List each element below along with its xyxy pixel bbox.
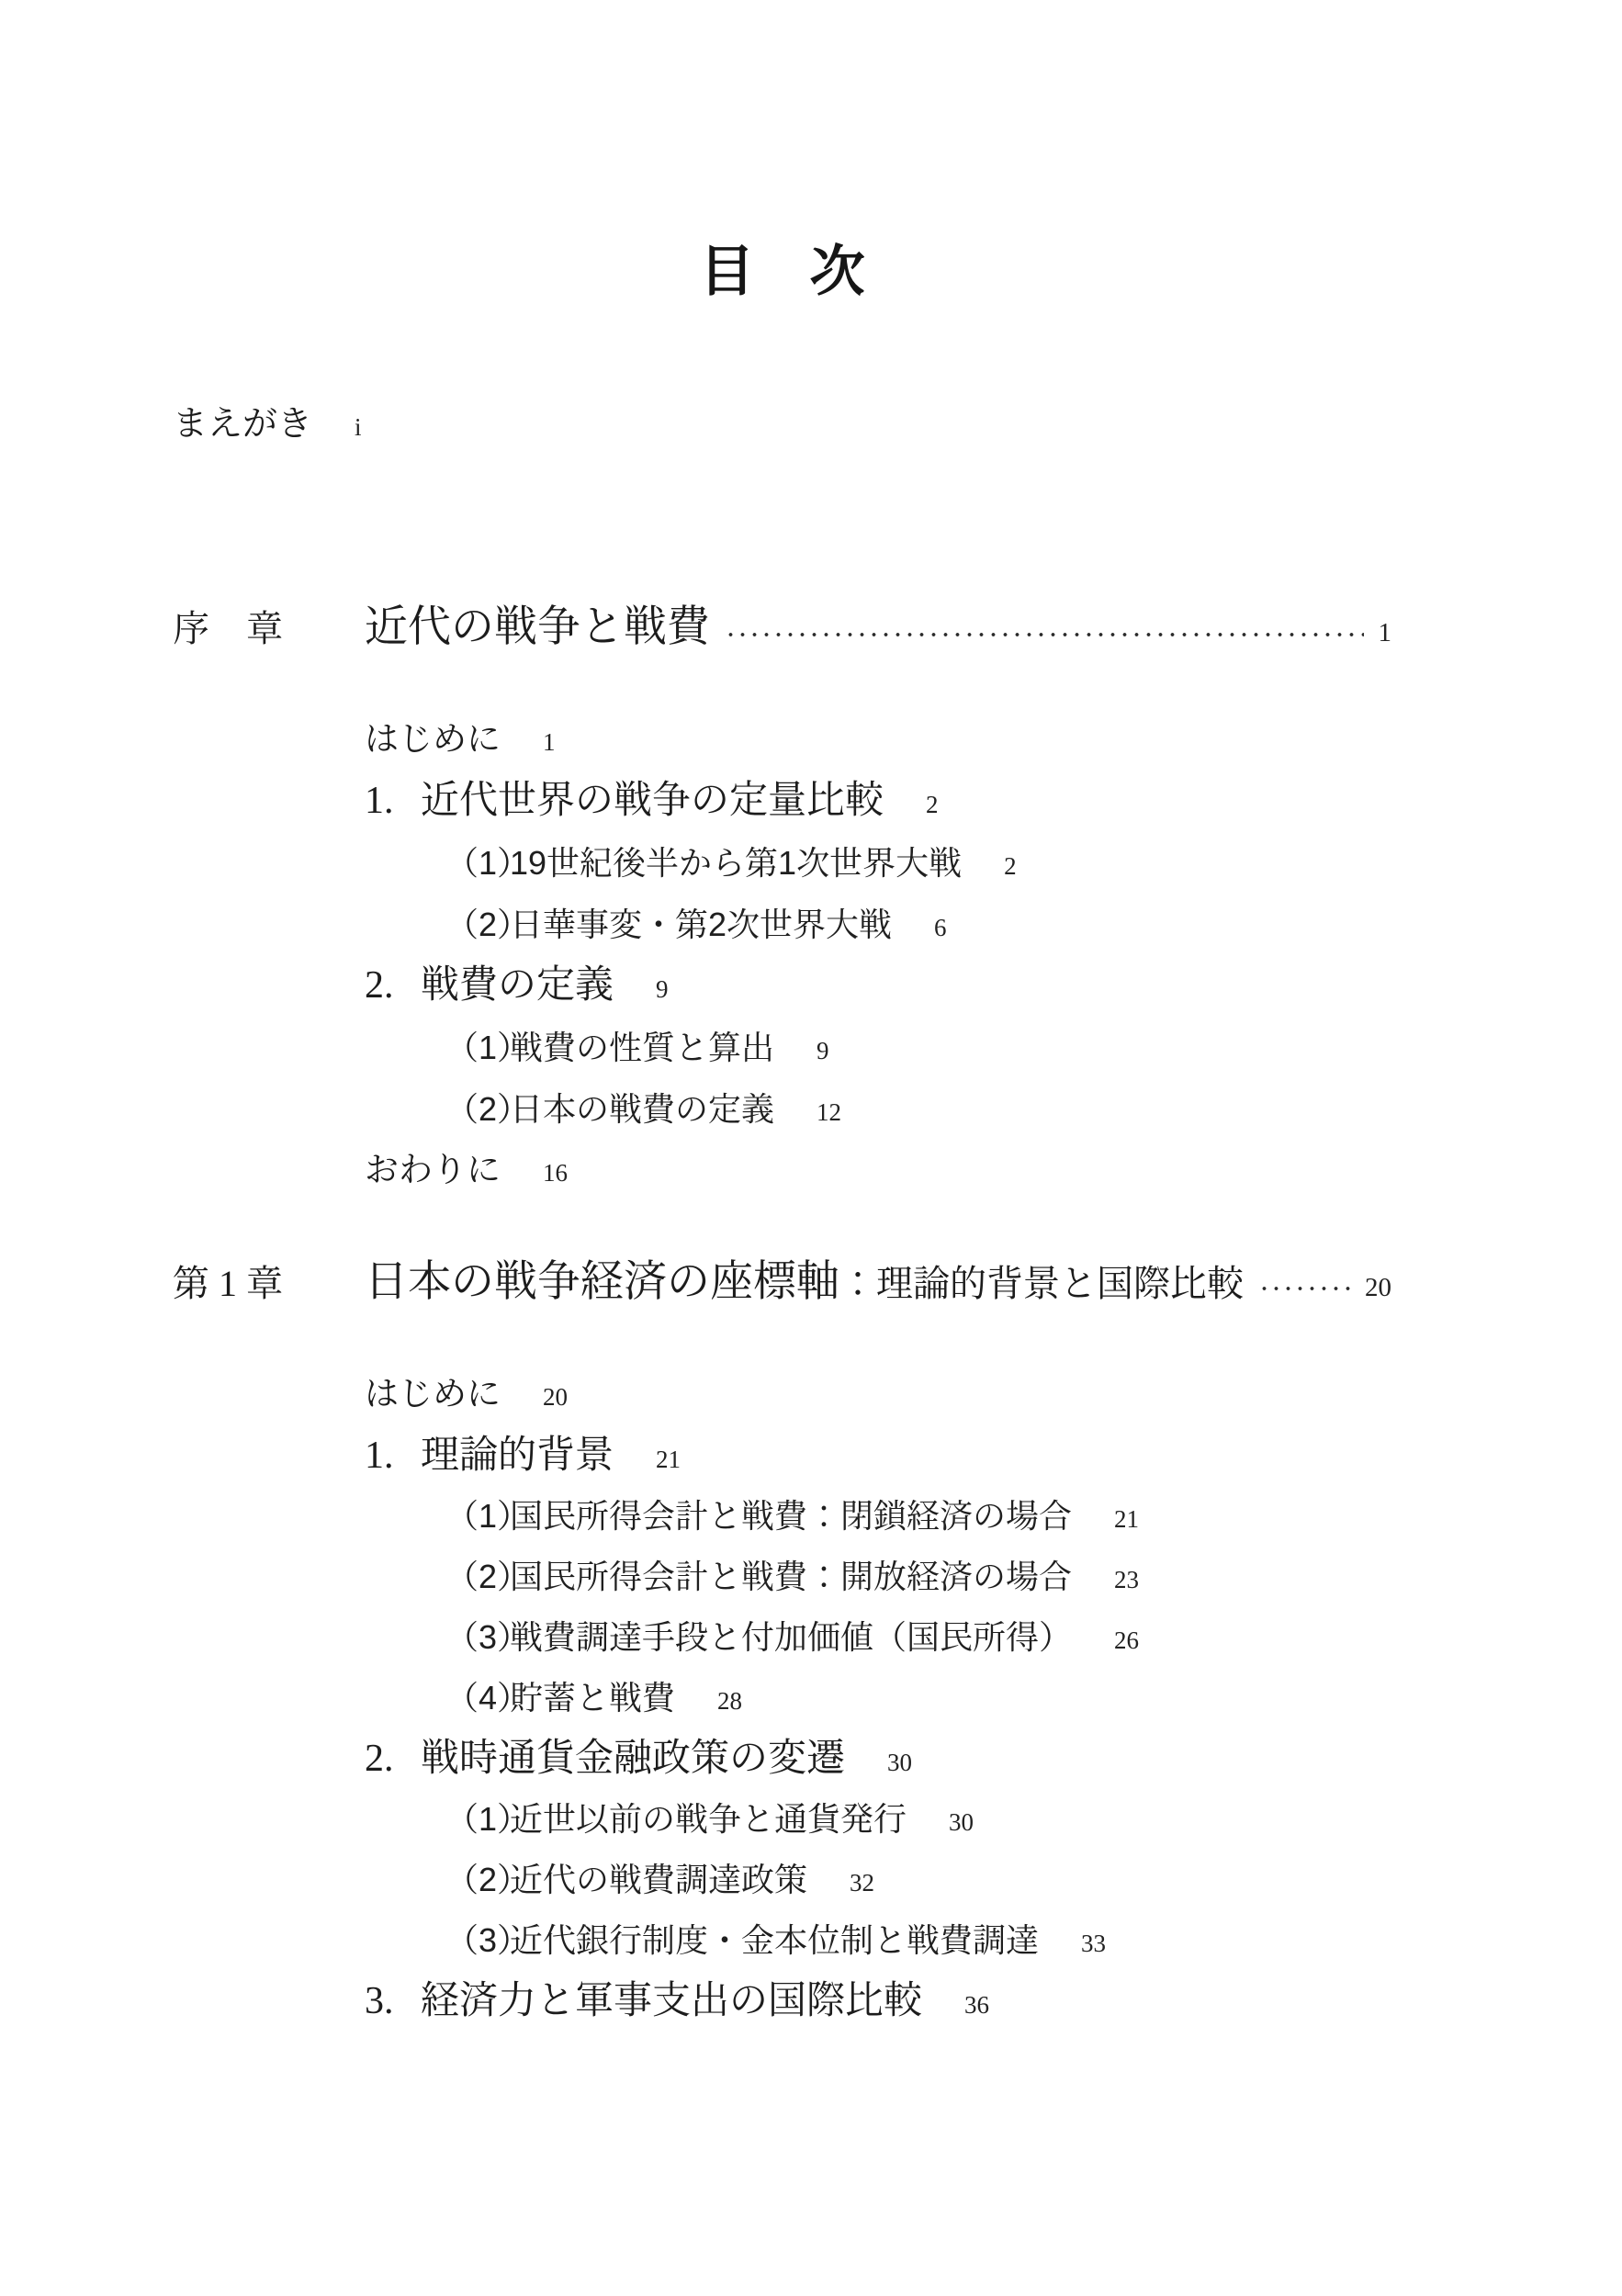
toc-item: 1.近代世界の戦争の定量比較2 <box>365 771 1391 832</box>
dot-leader <box>1255 1256 1350 1308</box>
frontmatter-item: まえがきi <box>173 402 1391 447</box>
item-number: （3） <box>445 1607 510 1668</box>
item-text: 戦費調達手段と付加価値（国民所得） <box>510 1618 1072 1656</box>
item-number: （2） <box>445 1850 510 1910</box>
chapter-title: 日本の戦争経済の座標軸 <box>365 1256 839 1308</box>
item-number: （1） <box>445 1486 510 1547</box>
frontmatter-label: まえがき <box>173 405 312 444</box>
toc-item: 2.戦費の定義9 <box>365 955 1391 1017</box>
chapter-item-list: はじめに1 1.近代世界の戦争の定量比較2 （1）19世紀後半から第1次世界大戦… <box>173 709 1391 1201</box>
toc-item: （2）国民所得会計と戦費：開放経済の場合23 <box>445 1547 1391 1607</box>
item-page-number: 33 <box>1081 1930 1106 1957</box>
item-text: 近代の戦費調達政策 <box>510 1861 807 1898</box>
item-page-number: 30 <box>949 1808 974 1836</box>
item-page-number: 9 <box>817 1037 829 1064</box>
page-number: i <box>355 413 362 441</box>
toc-item: 3.経済力と軍事支出の国際比較36 <box>365 1971 1391 2032</box>
item-page-number: 30 <box>887 1749 912 1776</box>
item-page-number: 21 <box>1114 1505 1139 1533</box>
item-page-number: 32 <box>850 1869 874 1896</box>
toc-item: （1）近世以前の戦争と通貨発行30 <box>445 1789 1391 1850</box>
toc-item: （1）19世紀後半から第1次世界大戦2 <box>445 832 1391 894</box>
chapter-page-number: 1 <box>1379 617 1392 649</box>
item-number: （2） <box>445 1078 510 1140</box>
toc-item: （2）近代の戦費調達政策32 <box>445 1850 1391 1910</box>
item-page-number: 9 <box>656 975 669 1003</box>
item-page-number: 20 <box>543 1383 568 1411</box>
chapter-page-number: 20 <box>1365 1272 1391 1304</box>
item-text: 近代銀行制度・金本位制と戦費調達 <box>510 1921 1039 1959</box>
item-page-number: 21 <box>656 1446 681 1473</box>
chapter-item-list: はじめに20 1.理論的背景21 （1）国民所得会計と戦費：閉鎖経済の場合21 … <box>173 1365 1391 2032</box>
item-text: 理論的背景 <box>421 1435 614 1477</box>
item-number: 2. <box>365 1728 421 1789</box>
chapter-heading: 第 1 章 日本の戦争経済の座標軸 ：理論的背景と国際比較 20 <box>173 1256 1391 1308</box>
toc-item: はじめに1 <box>365 709 1391 771</box>
item-number: （1） <box>445 832 510 894</box>
item-number: 1. <box>365 771 421 832</box>
chapter-title: 近代の戦争と戦費 <box>365 602 710 653</box>
toc-item: （3）戦費調達手段と付加価値（国民所得）26 <box>445 1607 1391 1668</box>
item-page-number: 28 <box>717 1687 742 1715</box>
item-number: （2） <box>445 894 510 955</box>
item-text: 近代世界の戦争の定量比較 <box>421 780 884 822</box>
item-number: 1. <box>365 1425 421 1486</box>
item-number: （1） <box>445 1789 510 1850</box>
toc-item: （2）日華事変・第2次世界大戦6 <box>445 894 1391 955</box>
item-page-number: 23 <box>1114 1566 1139 1593</box>
chapter-label: 第 1 章 <box>173 1262 365 1306</box>
chapter-intro: 序 章 近代の戦争と戦費 1 はじめに1 1.近代世界の戦争の定量比較2 （1）… <box>173 602 1391 1200</box>
item-text: おわりに <box>365 1152 501 1189</box>
item-text: はじめに <box>365 721 501 759</box>
chapter-1: 第 1 章 日本の戦争経済の座標軸 ：理論的背景と国際比較 20 はじめに20 … <box>173 1256 1391 2032</box>
item-number: 2. <box>365 955 421 1017</box>
item-text: 日華事変・第2次世界大戦 <box>510 906 892 943</box>
item-number: （2） <box>445 1547 510 1607</box>
item-page-number: 16 <box>543 1159 568 1187</box>
item-text: 経済力と軍事支出の国際比較 <box>421 1980 922 2022</box>
item-text: 国民所得会計と戦費：開放経済の場合 <box>510 1558 1072 1595</box>
item-number: （3） <box>445 1910 510 1971</box>
page-title: 目 次 <box>173 0 1391 305</box>
item-text: 戦時通貨金融政策の変遷 <box>421 1738 845 1780</box>
toc-item: はじめに20 <box>365 1365 1391 1425</box>
item-text: 戦費の性質と算出 <box>510 1029 774 1066</box>
item-text: 日本の戦費の定義 <box>510 1090 774 1128</box>
toc-item: （1）戦費の性質と算出9 <box>445 1017 1391 1078</box>
item-page-number: 2 <box>926 791 939 818</box>
item-page-number: 2 <box>1004 852 1017 880</box>
toc-item: おわりに16 <box>365 1140 1391 1201</box>
chapter-subtitle: ：理論的背景と国際比較 <box>839 1262 1244 1306</box>
item-text: 貯蓄と戦費 <box>510 1679 675 1716</box>
dot-leader <box>721 602 1364 653</box>
toc-page: 目 次 まえがきi 序 章 近代の戦争と戦費 1 はじめに1 1.近代世界の戦争… <box>0 0 1622 2296</box>
item-number: （1） <box>445 1017 510 1078</box>
toc-item: （2）日本の戦費の定義12 <box>445 1078 1391 1140</box>
item-text: 19世紀後半から第1次世界大戦 <box>510 844 962 882</box>
item-text: はじめに <box>365 1376 501 1413</box>
item-number: 3. <box>365 1971 421 2032</box>
item-text: 国民所得会計と戦費：閉鎖経済の場合 <box>510 1497 1072 1535</box>
toc-item: 2.戦時通貨金融政策の変遷30 <box>365 1728 1391 1789</box>
toc-item: 1.理論的背景21 <box>365 1425 1391 1486</box>
item-page-number: 36 <box>964 1991 989 2019</box>
item-text: 戦費の定義 <box>421 964 614 1007</box>
item-page-number: 12 <box>817 1098 841 1126</box>
toc-item: （1）国民所得会計と戦費：閉鎖経済の場合21 <box>445 1486 1391 1547</box>
item-text: 近世以前の戦争と通貨発行 <box>510 1800 907 1838</box>
item-page-number: 26 <box>1114 1626 1139 1654</box>
item-number: （4） <box>445 1668 510 1728</box>
chapter-label: 序 章 <box>173 607 365 651</box>
item-page-number: 1 <box>543 728 556 756</box>
toc-item: （3）近代銀行制度・金本位制と戦費調達33 <box>445 1910 1391 1971</box>
toc-item: （4）貯蓄と戦費28 <box>445 1668 1391 1728</box>
item-page-number: 6 <box>934 914 947 941</box>
chapter-heading: 序 章 近代の戦争と戦費 1 <box>173 602 1391 653</box>
